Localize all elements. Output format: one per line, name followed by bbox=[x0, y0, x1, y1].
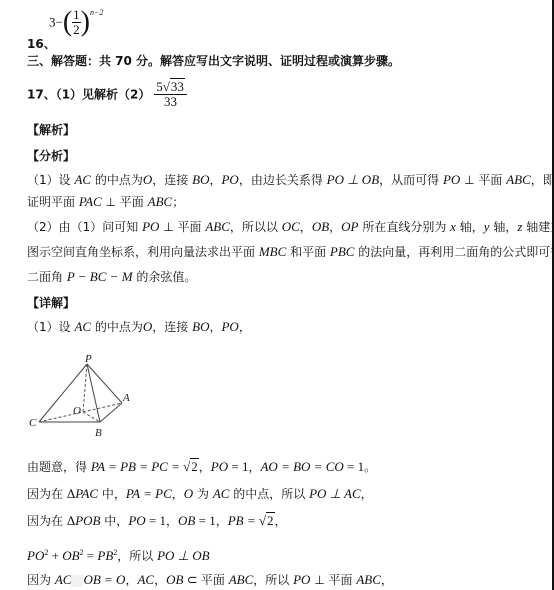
text-run: 平面 bbox=[201, 573, 229, 587]
math-symbol: + bbox=[48, 548, 62, 563]
math-symbol: = 1 bbox=[344, 459, 364, 474]
math-run: AC bbox=[55, 572, 72, 587]
math-run: PAC bbox=[75, 486, 98, 501]
question-16-label: 16、 bbox=[27, 35, 56, 52]
math-run: OC bbox=[282, 219, 300, 234]
missing-symbol-placeholder bbox=[71, 575, 83, 587]
text-run: （2）由（1）问可知 bbox=[27, 220, 142, 234]
math-run: OB bbox=[166, 572, 183, 587]
math-symbol: = 1 bbox=[146, 513, 166, 528]
text-run: ， bbox=[154, 573, 166, 587]
text-run: 图示空间直角坐标系，利用向量法求出平面 bbox=[27, 245, 259, 259]
text-run: ， bbox=[166, 514, 178, 528]
text-run: ， bbox=[239, 320, 251, 334]
text-run: ，从而可得 bbox=[379, 173, 443, 187]
text-run: ，连接 bbox=[152, 173, 192, 187]
tag-fenxi: 【分析】 bbox=[27, 148, 75, 164]
text-run: 轴建立如 bbox=[522, 220, 554, 234]
text-run: ， bbox=[209, 173, 221, 187]
math-run: PO bbox=[221, 172, 238, 187]
text-run: ，连接 bbox=[152, 320, 192, 334]
text-run: 轴， bbox=[456, 220, 484, 234]
text-run: ， bbox=[275, 514, 287, 528]
math-symbol: = bbox=[84, 548, 98, 563]
text-run: 因为 bbox=[27, 573, 55, 587]
math-run: POB bbox=[75, 513, 100, 528]
math-run: PO ⊥ OB bbox=[157, 548, 209, 563]
analysis-p1-line2: 证明平面 PAC ⊥ 平面 ABC； bbox=[27, 194, 184, 210]
label-O: O bbox=[73, 405, 81, 417]
text-run: ，所以以 bbox=[230, 220, 282, 234]
math-run: PBC bbox=[330, 244, 355, 259]
math-run: OB bbox=[62, 548, 79, 563]
text-run: 为 bbox=[193, 487, 213, 501]
math-run: PO ⊥ OB bbox=[327, 172, 379, 187]
label-C: C bbox=[29, 417, 37, 429]
math-symbol: ⊂ bbox=[183, 572, 200, 587]
math-run: PA = PB = PC = bbox=[91, 459, 183, 474]
label-A: A bbox=[122, 392, 130, 404]
math-symbol: = 1 bbox=[228, 459, 248, 474]
text-run: ， bbox=[209, 320, 221, 334]
math-run: AC bbox=[74, 319, 91, 334]
text-run: ⊥ 平面 bbox=[102, 195, 148, 209]
math-run: ABC bbox=[205, 219, 230, 234]
math-run: PB = bbox=[228, 513, 259, 528]
text-run: ，所以 bbox=[117, 549, 157, 563]
text-run: ，即可 bbox=[531, 173, 554, 187]
detail-line2: 因为在 ΔPAC 中，PA = PC，O 为 AC 的中点，所以 PO ⊥ AC… bbox=[27, 486, 373, 502]
text-run: ， bbox=[381, 573, 393, 587]
text-run: （1）设 bbox=[27, 173, 74, 187]
analysis-p2-line2: 图示空间直角坐标系，利用向量法求出平面 MBC 和平面 PBC 的法向量，再利用… bbox=[27, 244, 554, 260]
text-run: 。 bbox=[364, 460, 376, 474]
detail-line3: 因为在 ΔPOB 中，PO = 1，OB = 1，PB = √2， bbox=[27, 513, 287, 529]
math-run: ABC bbox=[506, 172, 531, 187]
math-run: PO bbox=[128, 513, 145, 528]
text-run: 中， bbox=[100, 514, 128, 528]
detail-line4: PO2 + OB2 = PB2，所以 PO ⊥ OB bbox=[27, 545, 210, 564]
math-run: OB = O bbox=[83, 572, 125, 587]
math-run: PB bbox=[97, 548, 113, 563]
math-run: P − BC − M bbox=[67, 269, 133, 284]
text-run: 的法向量，再利用二面角的公式即可得到 bbox=[354, 245, 554, 259]
math-run: OP bbox=[341, 219, 358, 234]
text-run: ⊥ 平面 bbox=[310, 573, 356, 587]
text-run: 和平面 bbox=[286, 245, 330, 259]
question-16-answer: 3−(12)n−2 bbox=[49, 8, 103, 37]
text-run: ， bbox=[329, 220, 341, 234]
text-run: 因为在 bbox=[27, 487, 67, 501]
text-run: ； bbox=[172, 195, 184, 209]
question-17-answer: 17、（1）见解析（2） 5√33 33 bbox=[27, 80, 187, 114]
math-run: AC bbox=[137, 572, 154, 587]
text-run: ，所以 bbox=[253, 573, 293, 587]
tag-xiangjie: 【详解】 bbox=[27, 295, 75, 311]
text-run: 二面角 bbox=[27, 270, 67, 284]
math-run: BO bbox=[192, 319, 209, 334]
math-run: BO bbox=[192, 172, 209, 187]
text-run: ⊥ 平面 bbox=[460, 173, 506, 187]
text-run: 由题意，得 bbox=[27, 460, 91, 474]
text-run: 证明平面 bbox=[27, 195, 79, 209]
math-run: MBC bbox=[259, 244, 286, 259]
math-run: PO ⊥ AC bbox=[309, 486, 361, 501]
text-run: ，由边长关系得 bbox=[239, 173, 327, 187]
math-run: AC bbox=[74, 172, 91, 187]
math-run: PO bbox=[27, 548, 44, 563]
math-symbol: Δ bbox=[67, 513, 75, 528]
math-run: ABC bbox=[148, 194, 173, 209]
label-P: P bbox=[84, 353, 92, 365]
text-run: ， bbox=[172, 487, 184, 501]
text-run: ， bbox=[199, 460, 211, 474]
text-run: 中， bbox=[98, 487, 126, 501]
math-run: PA = PC bbox=[126, 486, 172, 501]
text-run: ⊥ 平面 bbox=[159, 220, 205, 234]
section-heading: 三、解答题：共 70 分。解答应写出文字说明、证明过程或演算步骤。 bbox=[27, 53, 400, 69]
math-run: PO bbox=[142, 219, 159, 234]
sqrt-expression: √2 bbox=[259, 512, 275, 528]
math-run: AC bbox=[213, 486, 230, 501]
math-symbol: Δ bbox=[67, 486, 75, 501]
math-symbol: = 1 bbox=[195, 513, 215, 528]
analysis-p2-line3: 二面角 P − BC − M 的余弦值。 bbox=[27, 269, 196, 285]
text-run: 的中点，所以 bbox=[229, 487, 309, 501]
tag-jiexi: 【解析】 bbox=[27, 122, 75, 138]
detail-line5: 因为 ACOB = O，AC，OB ⊂ 平面 ABC，所以 PO ⊥ 平面 AB… bbox=[27, 572, 393, 588]
text-run: ， bbox=[361, 487, 373, 501]
detail-line1: 由题意，得 PA = PB = PC = √2，PO = 1，AO = BO =… bbox=[27, 459, 376, 475]
math-run: ABC bbox=[229, 572, 254, 587]
math-run: PO bbox=[211, 459, 228, 474]
analysis-p1-line1: （1）设 AC 的中点为O，连接 BO，PO，由边长关系得 PO ⊥ OB，从而… bbox=[27, 172, 554, 188]
text-run: 的中点为 bbox=[91, 173, 143, 187]
text-run: ， bbox=[216, 514, 228, 528]
math-run: O bbox=[143, 172, 152, 187]
math-run: PAC bbox=[79, 194, 102, 209]
detail-intro: （1）设 AC 的中点为O，连接 BO，PO， bbox=[27, 319, 251, 335]
text-run: 的余弦值。 bbox=[133, 270, 197, 284]
math-run: O bbox=[143, 319, 152, 334]
text-run: ， bbox=[300, 220, 312, 234]
math-run: OB bbox=[178, 513, 195, 528]
text-run: 因为在 bbox=[27, 514, 67, 528]
analysis-p2-line1: （2）由（1）问可知 PO ⊥ 平面 ABC，所以以 OC，OB，OP 所在直线… bbox=[27, 219, 554, 235]
question-16: 16、 3−(12)n−2 bbox=[27, 8, 327, 52]
math-run: PO bbox=[293, 572, 310, 587]
answer-fraction: 5√33 33 bbox=[154, 80, 187, 109]
text-run: （1）设 bbox=[27, 320, 74, 334]
math-run: PO bbox=[221, 319, 238, 334]
sqrt-expression: √2 bbox=[183, 458, 199, 474]
pyramid-figure: P A B C O bbox=[25, 352, 145, 442]
text-run: ， bbox=[248, 460, 260, 474]
math-run: OB bbox=[312, 219, 329, 234]
text-run: 轴， bbox=[490, 220, 518, 234]
math-run: PO bbox=[443, 172, 460, 187]
label-B: B bbox=[95, 427, 102, 439]
math-run: O bbox=[184, 486, 193, 501]
text-run: 所在直线分别为 bbox=[359, 220, 451, 234]
text-run: ， bbox=[125, 573, 137, 587]
text-run: 的中点为 bbox=[91, 320, 143, 334]
math-run: ABC bbox=[356, 572, 381, 587]
math-run: AO = BO = CO bbox=[260, 459, 343, 474]
